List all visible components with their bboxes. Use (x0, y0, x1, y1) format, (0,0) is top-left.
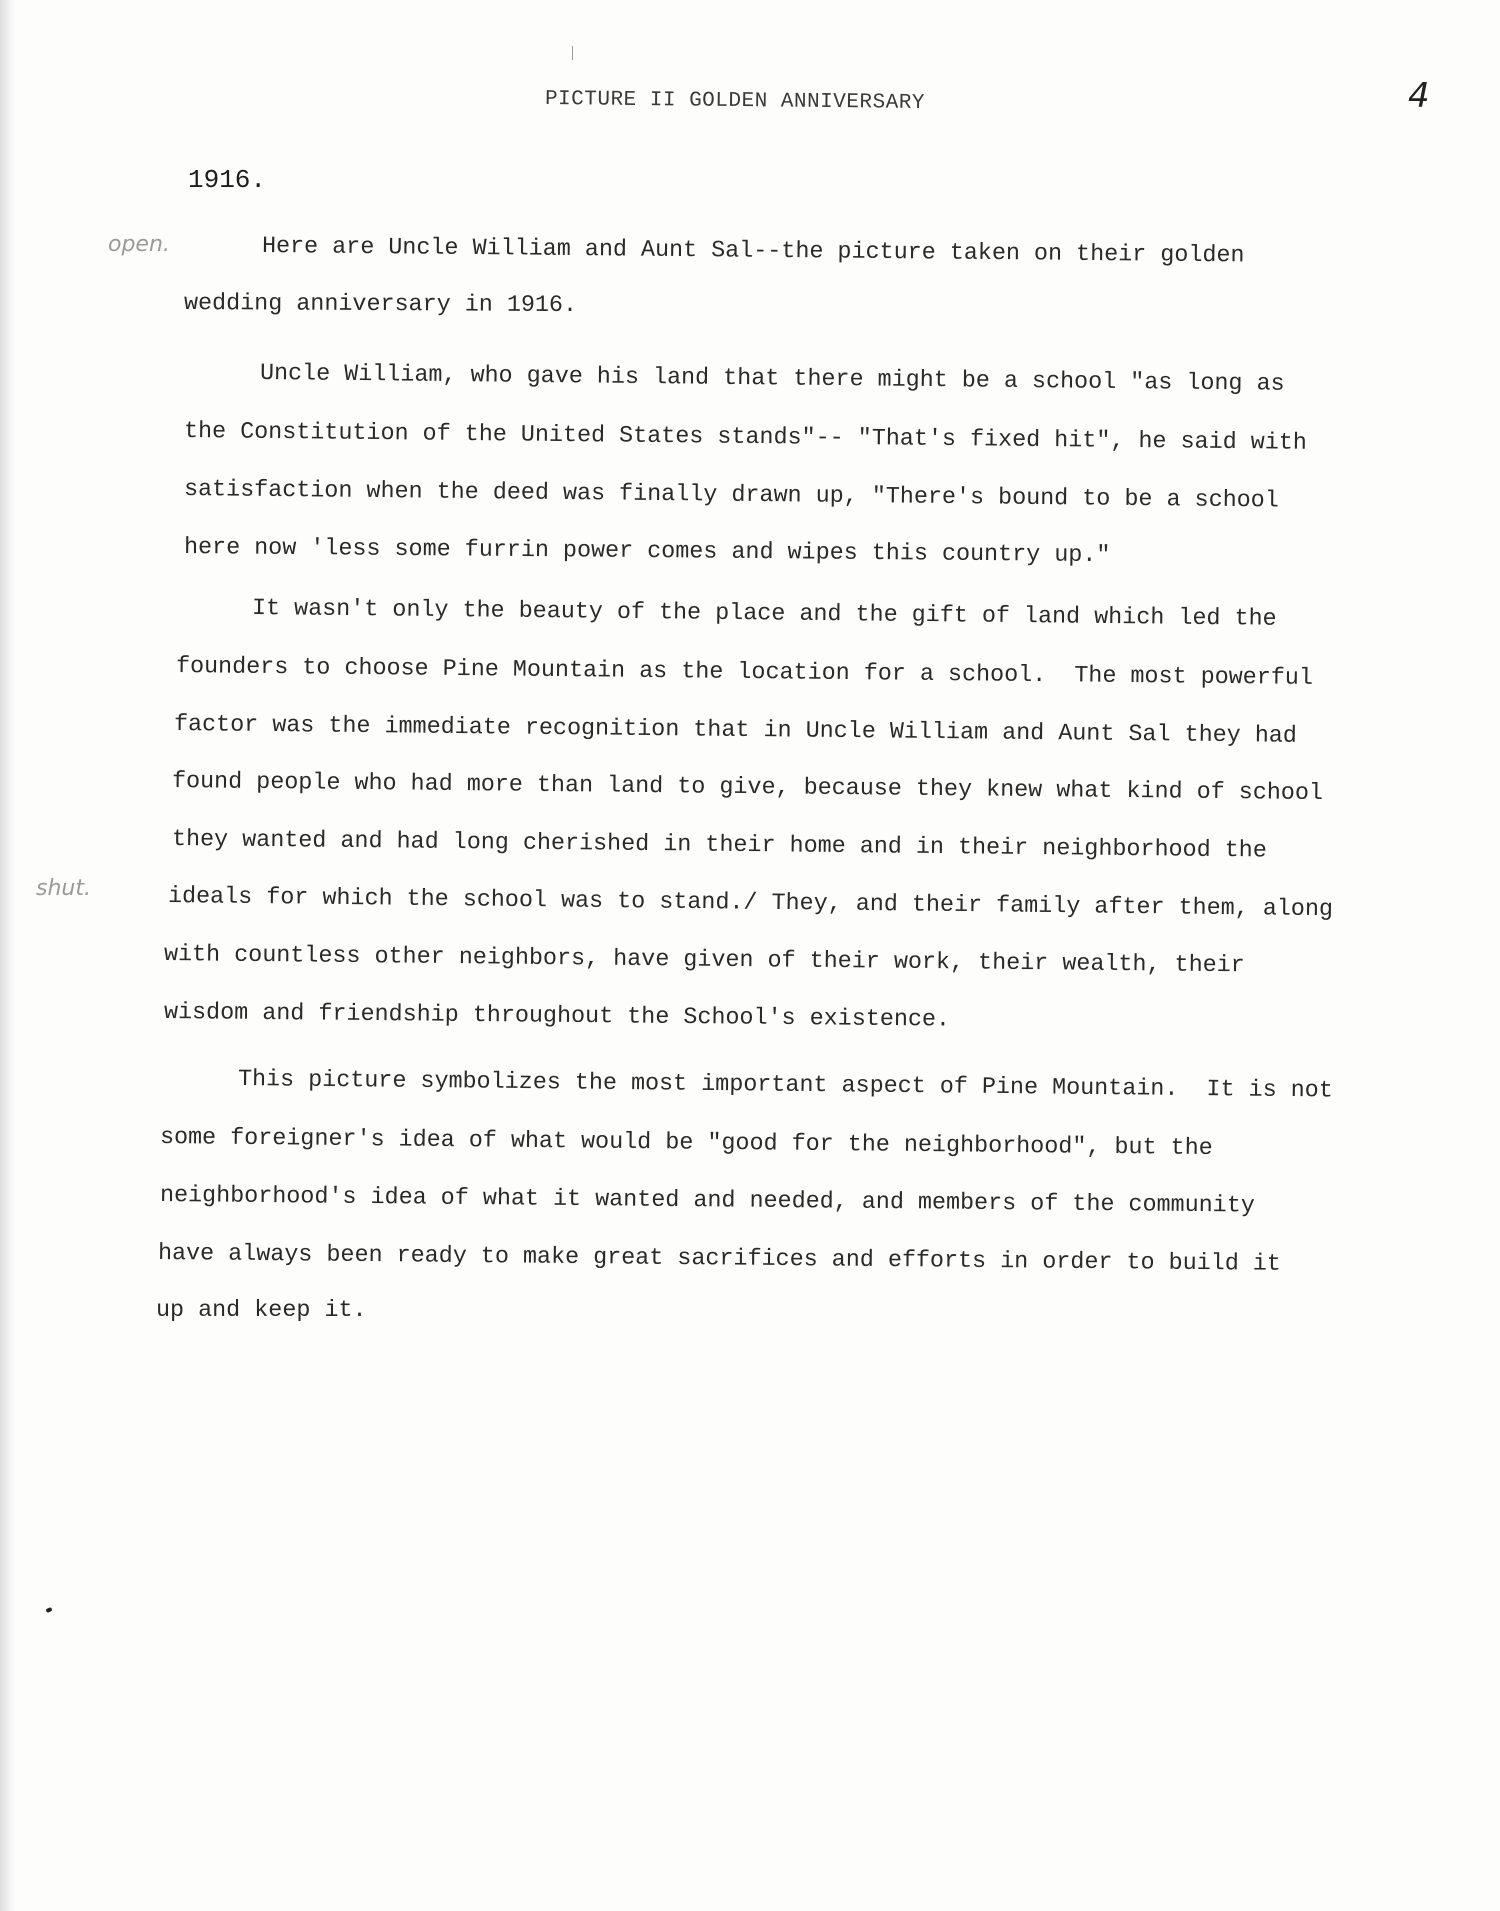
text-line: the Constitution of the United States st… (184, 417, 1307, 459)
stray-ink-mark (572, 46, 573, 60)
text-line: wisdom and friendship throughout the Sch… (164, 998, 950, 1036)
scanned-page-edge (0, 0, 16, 1911)
text-line: factor was the immediate recognition tha… (174, 710, 1297, 752)
text-line: ideals for which the school was to stand… (168, 882, 1333, 925)
text-line: founders to choose Pine Mountain as the … (176, 652, 1313, 694)
text-line: have always been ready to make great sac… (158, 1239, 1281, 1280)
text-line: some foreigner's idea of what would be "… (160, 1123, 1213, 1164)
text-line: Here are Uncle William and Aunt Sal--the… (262, 232, 1245, 271)
date-heading: 1916. (188, 165, 266, 195)
text-line: neighborhood's idea of what it wanted an… (160, 1181, 1255, 1222)
text-line: here now 'less some furrin power comes a… (184, 533, 1111, 571)
text-line: This picture symbolizes the most importa… (238, 1065, 1333, 1106)
stray-ink-mark (45, 1607, 52, 1613)
text-line: wedding anniversary in 1916. (184, 289, 577, 321)
margin-note-open: open. (108, 232, 170, 257)
text-line: Uncle William, who gave his land that th… (260, 359, 1285, 400)
page-title: PICTURE II GOLDEN ANNIVERSARY (545, 88, 925, 115)
text-line: found people who had more than land to g… (172, 767, 1323, 809)
text-line: up and keep it. (156, 1296, 367, 1326)
handwritten-page-number: 4 (1408, 76, 1430, 116)
margin-note-shut: shut. (36, 876, 91, 901)
text-line: they wanted and had long cherished in th… (172, 825, 1267, 866)
text-line: with countless other neighbors, have giv… (164, 940, 1245, 981)
text-line: It wasn't only the beauty of the place a… (252, 594, 1277, 635)
text-line: satisfaction when the deed was finally d… (184, 475, 1279, 516)
document-page: PICTURE II GOLDEN ANNIVERSARY 4 1916. op… (0, 0, 1500, 1911)
